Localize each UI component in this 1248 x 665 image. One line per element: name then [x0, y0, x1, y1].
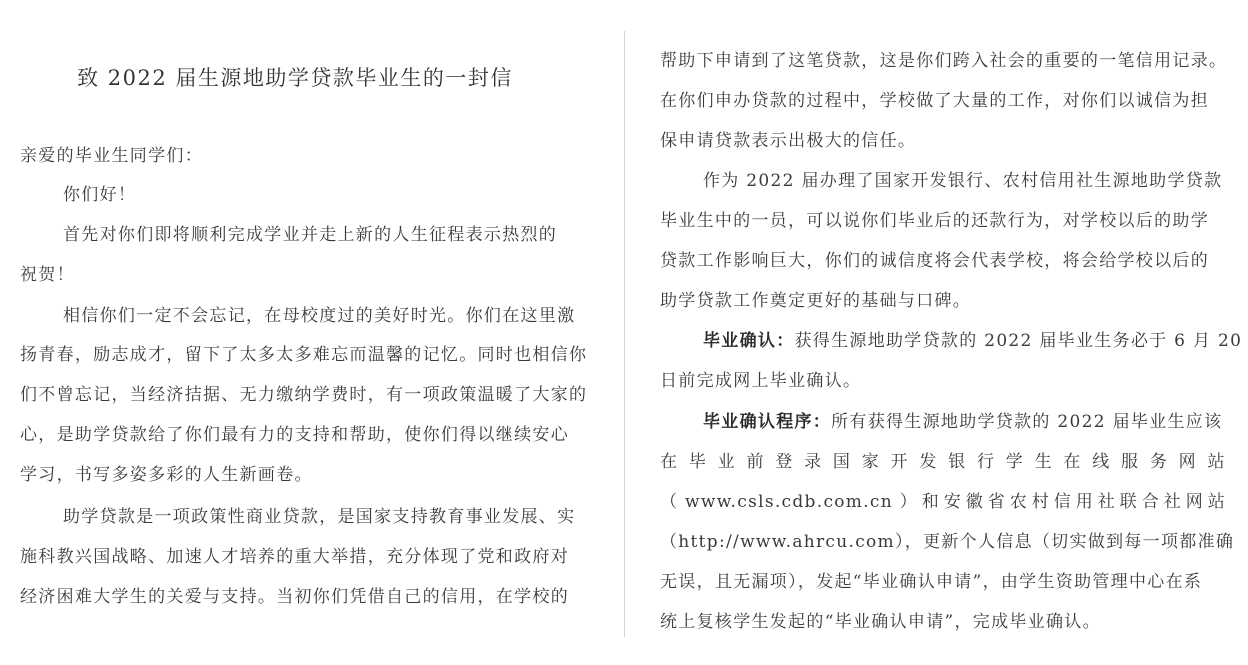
char: 安 — [944, 490, 962, 514]
paragraph-line: 施科教兴国战略、加速人才培养的重大举措，充分体现了党和政府对 — [20, 545, 569, 569]
char: 业 — [718, 450, 736, 474]
char: 合 — [1142, 490, 1160, 514]
paragraph-line: 经济困难大学生的关爱与支持。当初你们凭借自己的信用，在学校的 — [20, 585, 569, 609]
char: 用 — [1076, 490, 1094, 514]
paragraph-line: 无误，且无漏项），发起“毕业确认申请”，由学生资助管理中心在系 — [660, 570, 1202, 594]
procedure-text: 所有获得生源地助学贷款的 2022 届毕业生应该 — [831, 412, 1222, 432]
char: 联 — [1120, 490, 1138, 514]
char: 信 — [1054, 490, 1072, 514]
justified-line: （ www.csls.cdb.com.cn ） 和 安 徽 省 农 村 信 用 … — [660, 490, 1226, 514]
char: 银 — [948, 450, 966, 474]
char: 徽 — [966, 490, 984, 514]
paragraph-line: 首先对你们即将顺利完成学业并走上新的人生征程表示热烈的 — [63, 223, 557, 247]
paragraph-line: 帮助下申请到了这笔贷款，这是你们跨入社会的重要的一笔信用记录。 — [660, 49, 1227, 73]
char: 务 — [1150, 450, 1168, 474]
paragraph-line: 贷款工作影响巨大，你们的诚信度将会代表学校，将会给学校以后的 — [660, 249, 1209, 273]
procedure-paragraph: 毕业确认程序：所有获得生源地助学贷款的 2022 届毕业生应该 — [703, 410, 1222, 434]
char: 省 — [988, 490, 1006, 514]
char: 录 — [804, 450, 822, 474]
confirm-heading: 毕业确认： — [703, 331, 795, 351]
paragraph-line: 在你们申办贷款的过程中，学校做了大量的工作，对你们以诚信为担 — [660, 89, 1209, 113]
paragraph-line: 作为 2022 届办理了国家开发银行、农村信用社生源地助学贷款 — [703, 169, 1222, 193]
paragraph-line: 保申请贷款表示出极大的信任。 — [660, 129, 916, 153]
char: 在 — [660, 450, 678, 474]
char: 和 — [922, 490, 940, 514]
char: 家 — [862, 450, 880, 474]
paragraph-line: 祝贺！ — [20, 263, 75, 287]
char: 社 — [1098, 490, 1116, 514]
char: 毕 — [689, 450, 707, 474]
paragraph-line: （http://www.ahrcu.com），更新个人信息（切实做到每一项都准确 — [660, 530, 1234, 554]
char: 村 — [1032, 490, 1050, 514]
char: 线 — [1092, 450, 1110, 474]
paragraph-line: 心，是助学贷款给了你们最有力的支持和帮助，使你们得以继续安心 — [20, 423, 569, 447]
char: 网 — [1179, 450, 1197, 474]
greeting: 你们好！ — [63, 183, 136, 207]
char: 学 — [1006, 450, 1024, 474]
paragraph-line: 助学贷款是一项政策性商业贷款，是国家支持教育事业发展、实 — [63, 505, 575, 529]
char: 在 — [1063, 450, 1081, 474]
paragraph-line: 日前完成网上毕业确认。 — [660, 369, 861, 393]
paragraph-line: 统上复核学生发起的“毕业确认申请”，完成毕业确认。 — [660, 610, 1101, 634]
char: 生 — [1035, 450, 1053, 474]
char: 农 — [1010, 490, 1028, 514]
confirm-text: 获得生源地助学贷款的 2022 届毕业生务必于 6 月 20 — [795, 331, 1243, 351]
char: 发 — [919, 450, 937, 474]
char: 站 — [1207, 450, 1225, 474]
paragraph-line: 们不曾忘记，当经济拮据、无力缴纳学费时，有一项政策温暖了大家的 — [20, 383, 587, 407]
char: 服 — [1121, 450, 1139, 474]
paragraph-line: 学习，书写多姿多彩的人生新画卷。 — [20, 463, 313, 487]
justified-line: 在 毕 业 前 登 录 国 家 开 发 银 行 学 生 在 线 服 务 网 站 — [660, 450, 1226, 474]
paragraph-line: 助学贷款工作奠定更好的基础与口碑。 — [660, 289, 971, 313]
paragraph-line: 扬青春，励志成才，留下了太多太多难忘而温馨的记忆。同时也相信你 — [20, 343, 587, 367]
salutation: 亲爱的毕业生同学们： — [20, 144, 203, 168]
char: 网 — [1186, 490, 1204, 514]
letter-title: 致 2022 届生源地助学贷款毕业生的一封信 — [0, 62, 590, 92]
char: 行 — [977, 450, 995, 474]
char: 国 — [833, 450, 851, 474]
char: 站 — [1208, 490, 1226, 514]
char: 开 — [891, 450, 909, 474]
confirm-paragraph: 毕业确认：获得生源地助学贷款的 2022 届毕业生务必于 6 月 20 — [703, 329, 1242, 353]
paragraph-line: 毕业生中的一员，可以说你们毕业后的还款行为，对学校以后的助学 — [660, 209, 1209, 233]
paragraph-line: 相信你们一定不会忘记，在母校度过的美好时光。你们在这里激 — [63, 304, 575, 328]
procedure-heading: 毕业确认程序： — [703, 412, 831, 432]
char: 社 — [1164, 490, 1182, 514]
column-divider — [624, 31, 625, 637]
char: 前 — [746, 450, 764, 474]
char: 登 — [775, 450, 793, 474]
cdb-url: （ www.csls.cdb.com.cn ） — [660, 490, 918, 514]
